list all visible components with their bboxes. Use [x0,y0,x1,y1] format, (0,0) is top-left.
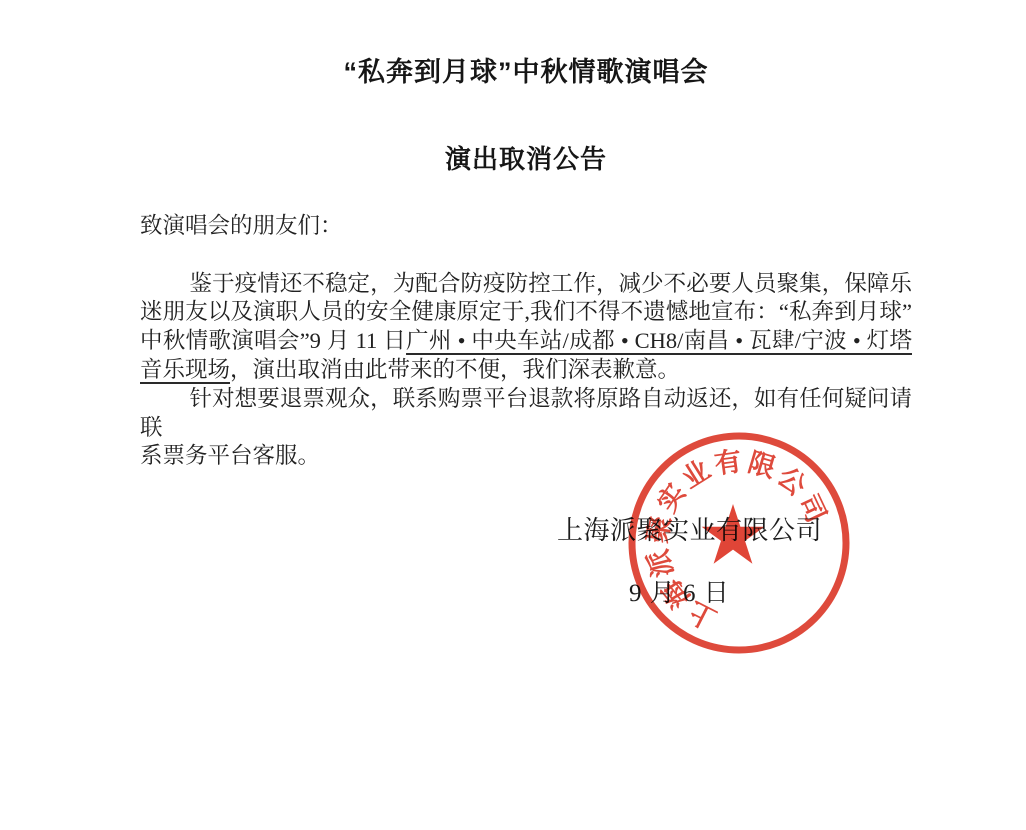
paragraph1-line3-plain: 中秋情歌演唱会”9 月 11 日 [140,328,406,353]
document-subtitle: 演出取消公告 [140,139,912,176]
seal-character: 聚 [642,514,676,546]
document-page: “私奔到月球”中秋情歌演唱会 演出取消公告 致演唱会的朋友们： 鉴于疫情还不稳定… [0,0,1026,830]
red-star-icon [702,504,765,564]
venue-underlined-continuation: 音乐现场 [140,357,230,382]
venues-underlined-text: 广州 • 中央车站/成都 • CH8/南昌 • 瓦肆/宁波 • 灯塔 [406,328,912,353]
paragraph1-line1: 鉴于疫情还不稳定，为配合防疫防控工作，减少不必要人员聚集，保障乐 [140,270,912,299]
paragraph1-line2: 迷朋友以及演职人员的安全健康原定于,我们不得不遗憾地宣布：“私奔到月球” [140,298,912,327]
seal-character: 司 [793,490,832,527]
company-seal-stamp: 上海派聚实业有限公司 [624,428,854,658]
paragraph1-line4: 音乐现场，演出取消由此带来的不便，我们深表歉意。 [140,356,912,385]
paragraph1-line4-plain: ，演出取消由此带来的不便，我们深表歉意。 [230,357,680,382]
document-title: “私奔到月球”中秋情歌演唱会 [140,50,912,89]
seal-character: 海 [656,574,696,614]
seal-character: 有 [713,446,744,479]
seal-character: 业 [677,454,716,494]
seal-character: 限 [745,447,779,483]
seal-character: 派 [643,547,679,581]
salutation-line: 致演唱会的朋友们： [140,212,912,241]
paragraph1-line3: 中秋情歌演唱会”9 月 11 日广州 • 中央车站/成都 • CH8/南昌 • … [140,327,912,356]
blank-line [140,241,912,270]
